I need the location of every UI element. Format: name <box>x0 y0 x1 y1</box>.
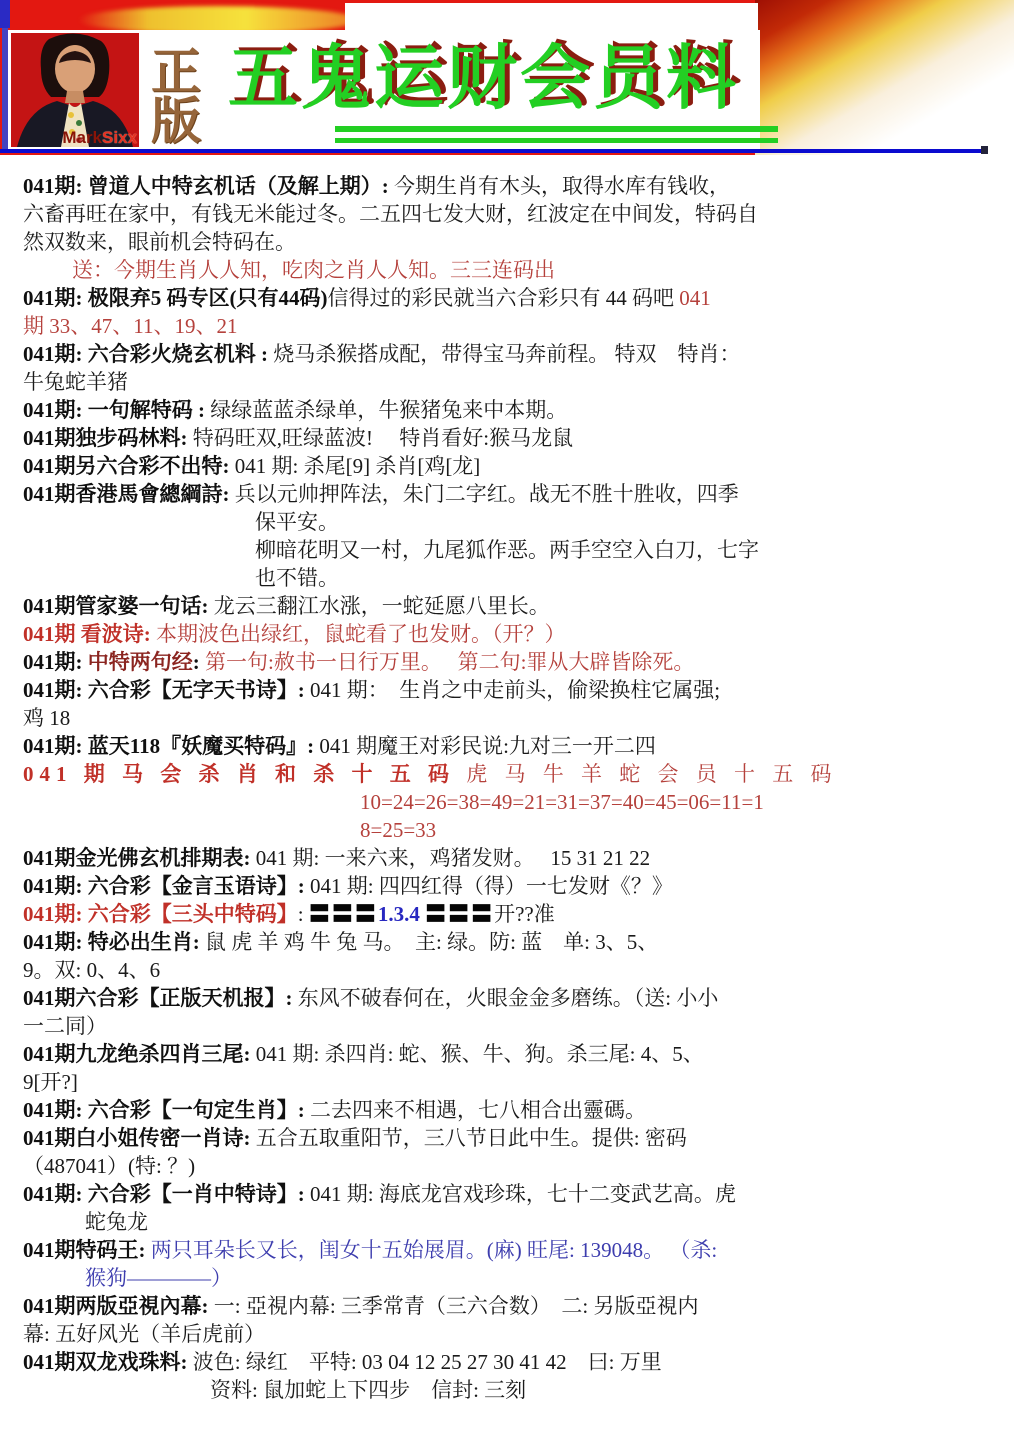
text-segment: 信得过的彩民就当六合彩只有 44 码吧 <box>327 286 679 310</box>
text-segment: 041期另六合彩不出特: <box>23 454 235 478</box>
text-line: 041期: 六合彩【三头中特码】: 〓〓〓1.3.4 〓〓〓开??准 <box>0 900 1014 928</box>
text-segment: 〓〓〓 <box>309 902 378 926</box>
text-segment: 041 期： 生肖之中走前头，偷梁换柱它属强; <box>310 678 720 702</box>
text-line: 041期: 六合彩【金言玉语诗】: 041 期: 四四红得（得）一七发财《？》 <box>0 872 1014 900</box>
text-segment: 041期 看波诗: <box>23 622 156 646</box>
text-segment: 041期: 极限弃5 码专区(只有44码) <box>23 286 327 310</box>
text-segment: 蛇兔龙 <box>85 1210 148 1234</box>
text-line: 041期 看波诗: 本期波色出绿红，鼠蛇看了也发财。（开？） <box>0 620 1014 648</box>
text-segment: 第一句:赦书一日行万里。 第二句:罪从大辟皆除死。 <box>205 650 694 674</box>
header-banner: MarkSixx 正版 五鬼运财会员料 <box>0 0 1014 155</box>
text-segment: 041期: 六合彩【三头中特码】 <box>23 902 298 926</box>
text-segment: 041 期: 海底龙宫戏珍珠，七十二变武艺高。虎 <box>310 1182 736 1206</box>
text-segment: 然双数来，眼前机会特码在。 <box>23 230 296 254</box>
text-segment: 041期: 六合彩【金言玉语诗】: <box>23 874 310 898</box>
text-segment: 041期香港馬會總綱詩: <box>23 482 235 506</box>
text-segment: 041 期: 一来六来，鸡猪发财。 15 31 21 22 <box>256 846 650 870</box>
text-segment: 幕: 五好风光（羊后虎前） <box>23 1322 265 1346</box>
text-segment: 龙云三翻江水涨，一蛇延愿八里长。 <box>214 594 550 618</box>
text-segment: : <box>193 650 205 674</box>
text-segment: 041期: 曾道人中特玄机话（及解上期）: <box>23 174 394 198</box>
page-title: 五鬼运财会员料 <box>228 40 739 117</box>
text-line: 041期: 六合彩【无字天书诗】: 041 期： 生肖之中走前头，偷梁换柱它属强… <box>0 676 1014 704</box>
text-line: 041期两版亞視內幕: 一: 亞視内幕: 三季常青（三六合数） 二: 另版亞視内 <box>0 1292 1014 1320</box>
text-line: 保平安。 <box>0 508 1014 536</box>
text-line: 041期独步码林料: 特码旺双,旺绿蓝波! 特肖看好:猴马龙鼠 <box>0 424 1014 452</box>
text-segment: 041期: 一句解特码 : <box>23 398 210 422</box>
text-segment: 特码旺双,旺绿蓝波! 特肖看好:猴马龙鼠 <box>193 426 573 450</box>
text-segment: 猴狗————） <box>85 1266 232 1290</box>
text-segment: 041期: <box>23 650 88 674</box>
text-line: 送：今期生肖人人知，吃肉之肖人人知。三三连码出 <box>0 256 1014 284</box>
text-line: 041期九龙绝杀四肖三尾: 041 期: 杀四肖: 蛇、猴、牛、狗。杀三尾: 4… <box>0 1040 1014 1068</box>
text-line: 041期六合彩【正版天机报】: 东风不破春何在，火眼金金多磨练。（送: 小小 <box>0 984 1014 1012</box>
edition-stamp: 正版 <box>147 48 205 152</box>
text-segment: 牛兔蛇羊猪 <box>23 370 128 394</box>
text-line: 柳暗花明又一村，九尾狐作恶。两手空空入白刀，七字 <box>0 536 1014 564</box>
text-segment: 041期九龙绝杀四肖三尾: <box>23 1042 256 1066</box>
text-line: （487041）(特: ？) <box>0 1152 1014 1180</box>
text-segment: 041期特码王: <box>23 1238 151 1262</box>
text-line: 041期: 六合彩火烧玄机料 : 烧马杀猴搭成配，带得宝马奔前程。 特双 特肖： <box>0 340 1014 368</box>
text-segment: 今期生肖有木头，取得水库有钱收， <box>394 174 730 198</box>
text-segment: 开??准 <box>494 902 555 926</box>
text-segment: 041期: 蓝天118『妖魔买特码』: <box>23 734 319 758</box>
text-line: 鸡 18 <box>0 704 1014 732</box>
text-segment: 也不错。 <box>255 566 339 590</box>
text-line: 一二同） <box>0 1012 1014 1040</box>
text-line: 蛇兔龙 <box>0 1208 1014 1236</box>
marksix-logo-mark: Mark <box>62 128 102 147</box>
text-line: 041期: 蓝天118『妖魔买特码』: 041 期魔王对彩民说:九对三一开二四 <box>0 732 1014 760</box>
text-segment: 二去四来不相遇，七八相合出靈碼。 <box>310 1098 646 1122</box>
text-segment: 本期波色出绿红，鼠蛇看了也发财。（开？） <box>156 622 566 646</box>
text-segment: 资料: 鼠加蛇上下四步 信封: 三刻 <box>210 1378 526 1402</box>
text-segment: 鼠 虎 羊 鸡 牛 兔 马。 主: 绿。防: 蓝 单: 3、5、 <box>205 930 658 954</box>
text-segment: 中特两句经 <box>88 650 193 674</box>
text-segment: 一二同） <box>23 1014 107 1038</box>
text-line: 10=24=26=38=49=21=31=37=40=45=06=11=1 <box>0 788 1014 816</box>
text-segment: 041期两版亞視內幕: <box>23 1294 214 1318</box>
text-line: 041期另六合彩不出特: 041 期: 杀尾[9] 杀肖[鸡[龙] <box>0 452 1014 480</box>
text-line: 041期香港馬會總綱詩: 兵以元帅押阵法，朱门二字红。战无不胜十胜收，四季 <box>0 480 1014 508</box>
text-segment: 绿绿蓝蓝杀绿单，牛猴猪兔来中本期。 <box>210 398 567 422</box>
text-line: 041期金光佛玄机排期表: 041 期: 一来六来，鸡猪发财。 15 31 21… <box>0 844 1014 872</box>
text-line: 9。双: 0、4、6 <box>0 956 1014 984</box>
text-line: 041 期 马 会 杀 肖 和 杀 十 五 码 虎 马 牛 羊 蛇 会 员 十 … <box>0 760 1014 788</box>
title-underline-1 <box>335 126 778 132</box>
text-segment: 041 <box>679 286 711 310</box>
text-line: 六畜再旺在家中，有钱无米能过冬。二五四七发大财，红波定在中间发，特码自 <box>0 200 1014 228</box>
text-segment: 两只耳朵长又长，闺女十五始展眉。(麻) 旺尾: 139048。 （杀: <box>151 1238 717 1262</box>
text-segment: 保平安。 <box>255 510 339 534</box>
marksix-logo: MarkSixx <box>62 129 137 146</box>
text-segment: 041 期 马 会 杀 肖 和 杀 十 五 码 <box>23 762 466 786</box>
text-line: 041期管家婆一句话: 龙云三翻江水涨，一蛇延愿八里长。 <box>0 592 1014 620</box>
text-segment: 041 期魔王对彩民说:九对三一开二四 <box>319 734 656 758</box>
text-segment: 东风不破春何在，火眼金金多磨练。（送: 小小 <box>298 986 719 1010</box>
tips-text-content: 041期: 曾道人中特玄机话（及解上期）: 今期生肖有木头，取得水库有钱收，六畜… <box>0 155 1014 1404</box>
text-segment: 041期: 六合彩【无字天书诗】: <box>23 678 310 702</box>
text-line: 期 33、47、11、19、21 <box>0 312 1014 340</box>
text-line: 猴狗————） <box>0 1264 1014 1292</box>
text-segment: 041期六合彩【正版天机报】: <box>23 986 298 1010</box>
text-line: 幕: 五好风光（羊后虎前） <box>0 1320 1014 1348</box>
text-segment: 鸡 18 <box>23 706 70 730</box>
text-line: 041期白小姐传密一肖诗: 五合五取重阳节，三八节日此中生。提供: 密码 <box>0 1124 1014 1152</box>
text-segment: 041期双龙戏珠料: <box>23 1350 193 1374</box>
text-line: 041期: 曾道人中特玄机话（及解上期）: 今期生肖有木头，取得水库有钱收， <box>0 172 1014 200</box>
text-line: 041期双龙戏珠料: 波色: 绿红 平特: 03 04 12 25 27 30 … <box>0 1348 1014 1376</box>
text-segment: 1.3.4 <box>378 902 425 926</box>
text-line: 也不错。 <box>0 564 1014 592</box>
text-line: 041期: 极限弃5 码专区(只有44码)信得过的彩民就当六合彩只有 44 码吧… <box>0 284 1014 312</box>
header-divider-rule <box>0 149 985 153</box>
text-line: 8=25=33 <box>0 816 1014 844</box>
text-line: 041期: 中特两句经: 第一句:赦书一日行万里。 第二句:罪从大辟皆除死。 <box>0 648 1014 676</box>
lottery-tips-sheet: MarkSixx 正版 五鬼运财会员料 041期: 曾道人中特玄机话（及解上期）… <box>0 0 1014 1436</box>
text-segment: 烧马杀猴搭成配，带得宝马奔前程。 特双 特肖： <box>273 342 740 366</box>
text-segment: 041期: 六合彩【一肖中特诗】: <box>23 1182 310 1206</box>
text-line: 041期: 六合彩【一句定生肖】: 二去四来不相遇，七八相合出靈碼。 <box>0 1096 1014 1124</box>
text-line: 041期: 一句解特码 : 绿绿蓝蓝杀绿单，牛猴猪兔来中本期。 <box>0 396 1014 424</box>
text-segment: 041 期: 杀四肖: 蛇、猴、牛、狗。杀三尾: 4、5、 <box>256 1042 704 1066</box>
text-line: 资料: 鼠加蛇上下四步 信封: 三刻 <box>0 1376 1014 1404</box>
header-gradient-decoration <box>755 0 1014 155</box>
text-segment: 9。双: 0、4、6 <box>23 958 160 982</box>
text-segment: 8=25=33 <box>360 818 436 842</box>
text-segment: 虎 马 牛 羊 蛇 会 员 十 五 码 <box>466 762 837 786</box>
text-segment: 041 期: 四四红得（得）一七发财《？》 <box>310 874 673 898</box>
text-segment: : <box>298 902 309 926</box>
text-line: 041期: 特必出生肖: 鼠 虎 羊 鸡 牛 兔 马。 主: 绿。防: 蓝 单:… <box>0 928 1014 956</box>
text-segment: （487041）(特: ？) <box>23 1154 195 1178</box>
presenter-photo: MarkSixx <box>8 30 142 150</box>
rule-end-tick <box>981 146 988 154</box>
text-segment: 041 期: 杀尾[9] 杀肖[鸡[龙] <box>235 454 481 478</box>
text-segment: 041期独步码林料: <box>23 426 193 450</box>
text-segment: 五合五取重阳节，三八节日此中生。提供: 密码 <box>256 1126 687 1150</box>
text-segment: 期 33、47、11、19、21 <box>23 314 237 338</box>
text-segment: 〓〓〓 <box>425 902 494 926</box>
marksix-logo-six: Sixx <box>102 128 137 147</box>
text-segment: 9[开?] <box>23 1070 78 1094</box>
text-segment: 041期管家婆一句话: <box>23 594 214 618</box>
text-segment: 送：今期生肖人人知，吃肉之肖人人知。三三连码出 <box>72 258 555 282</box>
text-segment: 柳暗花明又一村，九尾狐作恶。两手空空入白刀，七字 <box>255 538 759 562</box>
text-segment: 041期白小姐传密一肖诗: <box>23 1126 256 1150</box>
corner-blue-block <box>0 0 10 28</box>
text-line: 041期: 六合彩【一肖中特诗】: 041 期: 海底龙宫戏珍珠，七十二变武艺高… <box>0 1180 1014 1208</box>
title-underline-2 <box>335 138 778 143</box>
text-line: 9[开?] <box>0 1068 1014 1096</box>
text-segment: 10=24=26=38=49=21=31=37=40=45=06=11=1 <box>360 790 764 814</box>
text-segment: 041期: 六合彩【一句定生肖】: <box>23 1098 310 1122</box>
text-segment: 六畜再旺在家中，有钱无米能过冬。二五四七发大财，红波定在中间发，特码自 <box>23 202 758 226</box>
text-line: 牛兔蛇羊猪 <box>0 368 1014 396</box>
text-segment: 041期金光佛玄机排期表: <box>23 846 256 870</box>
text-segment: 兵以元帅押阵法，朱门二字红。战无不胜十胜收，四季 <box>235 482 739 506</box>
text-line: 然双数来，眼前机会特码在。 <box>0 228 1014 256</box>
text-segment: 041期: 六合彩火烧玄机料 : <box>23 342 273 366</box>
text-segment: 一: 亞視内幕: 三季常青（三六合数） 二: 另版亞視内 <box>214 1294 699 1318</box>
text-line: 041期特码王: 两只耳朵长又长，闺女十五始展眉。(麻) 旺尾: 139048。… <box>0 1236 1014 1264</box>
text-segment: 041期: 特必出生肖: <box>23 930 205 954</box>
text-segment: 波色: 绿红 平特: 03 04 12 25 27 30 41 42 曰: 万里 <box>193 1350 662 1374</box>
